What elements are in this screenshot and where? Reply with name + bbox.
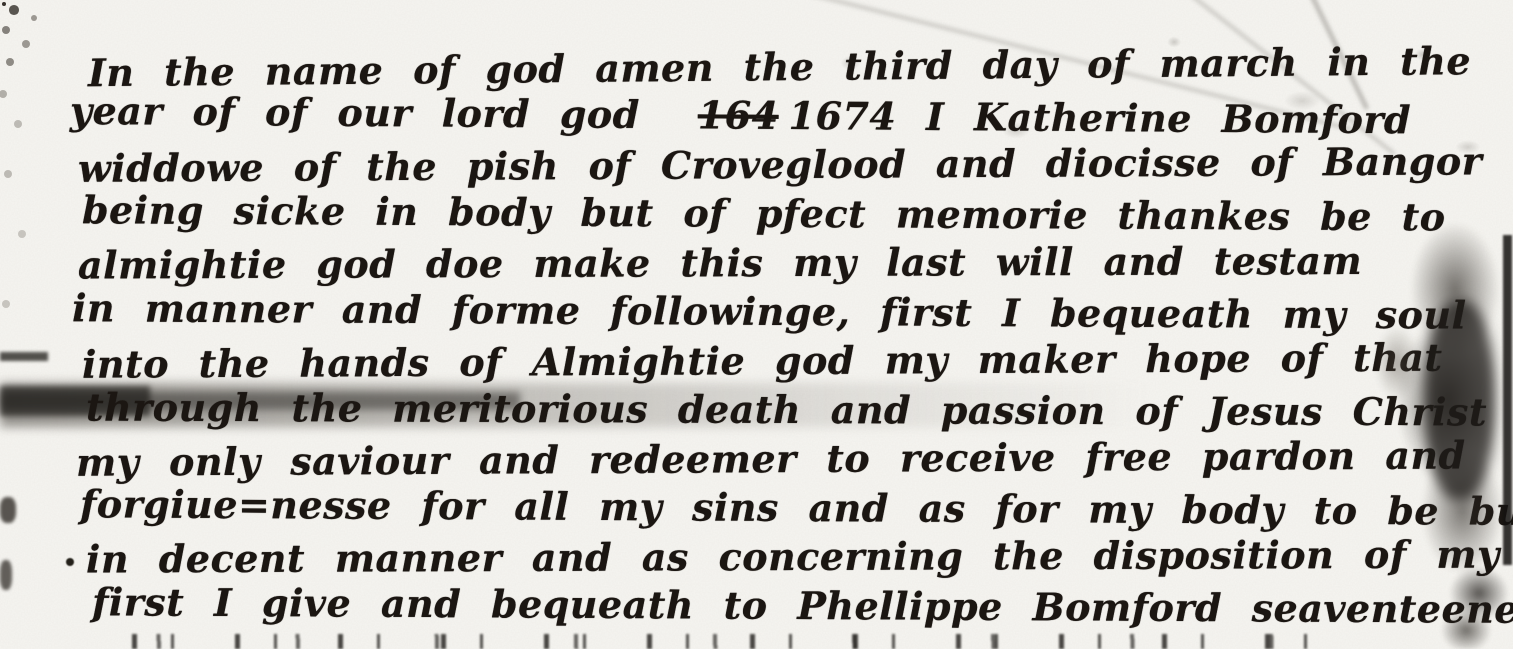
text-line: through the meritorious death and passio…	[86, 383, 1513, 437]
text-line: almightie god doe make this my last will…	[78, 235, 1513, 289]
line-text: widdowe of the pish of Croveglood and di…	[78, 138, 1482, 190]
ink-dash-left-margin	[0, 352, 48, 361]
text-line: widdowe of the pish of Croveglood and di…	[78, 136, 1513, 193]
line-text: 1674 I Katherine Bomford	[788, 93, 1411, 142]
line-text: year of of our lord god	[70, 88, 640, 137]
line-text: in decent manner and as concerning the d…	[86, 531, 1513, 581]
line-text: almightie god doe make this my last will…	[78, 238, 1362, 287]
ink-blot-left-edge	[0, 560, 12, 590]
struck-through-text: 164	[698, 92, 779, 138]
line-text: into the hands of Almightie god my maker…	[82, 335, 1443, 387]
clipped-line-fragment	[110, 634, 1340, 649]
ink-blot-left-edge	[0, 497, 16, 523]
line-text: forgiue=nesse for all my sins and as for…	[80, 481, 1513, 534]
text-line: into the hands of Almightie god my maker…	[82, 332, 1513, 388]
line-text: my only saviour and redeemer to receive …	[76, 432, 1466, 484]
text-line: in decent manner and as concerning the d…	[86, 530, 1513, 584]
line-text: in manner and forme followinge, first I …	[72, 285, 1467, 337]
text-line: forgiue=nesse for all my sins and as for…	[80, 479, 1513, 536]
text-line: in manner and forme followinge, first I …	[72, 283, 1513, 340]
text-line: year of of our lord god1641674 I Katheri…	[70, 86, 1513, 145]
line-text: being sicke in body but of pfect memorie…	[82, 187, 1446, 239]
line-text: first I give and bequeath to Phellippe B…	[92, 579, 1513, 632]
manuscript-page: In the name of god amen the third day of…	[0, 0, 1513, 649]
manuscript-text: In the name of god amen the third day of…	[70, 42, 1513, 630]
text-line: first I give and bequeath to Phellippe B…	[92, 577, 1513, 633]
text-line: being sicke in body but of pfect memorie…	[82, 185, 1513, 241]
text-line: my only saviour and redeemer to receive …	[76, 430, 1513, 487]
ink-specks-top-left	[2, 2, 6, 6]
line-text: through the meritorious death and passio…	[86, 385, 1487, 435]
